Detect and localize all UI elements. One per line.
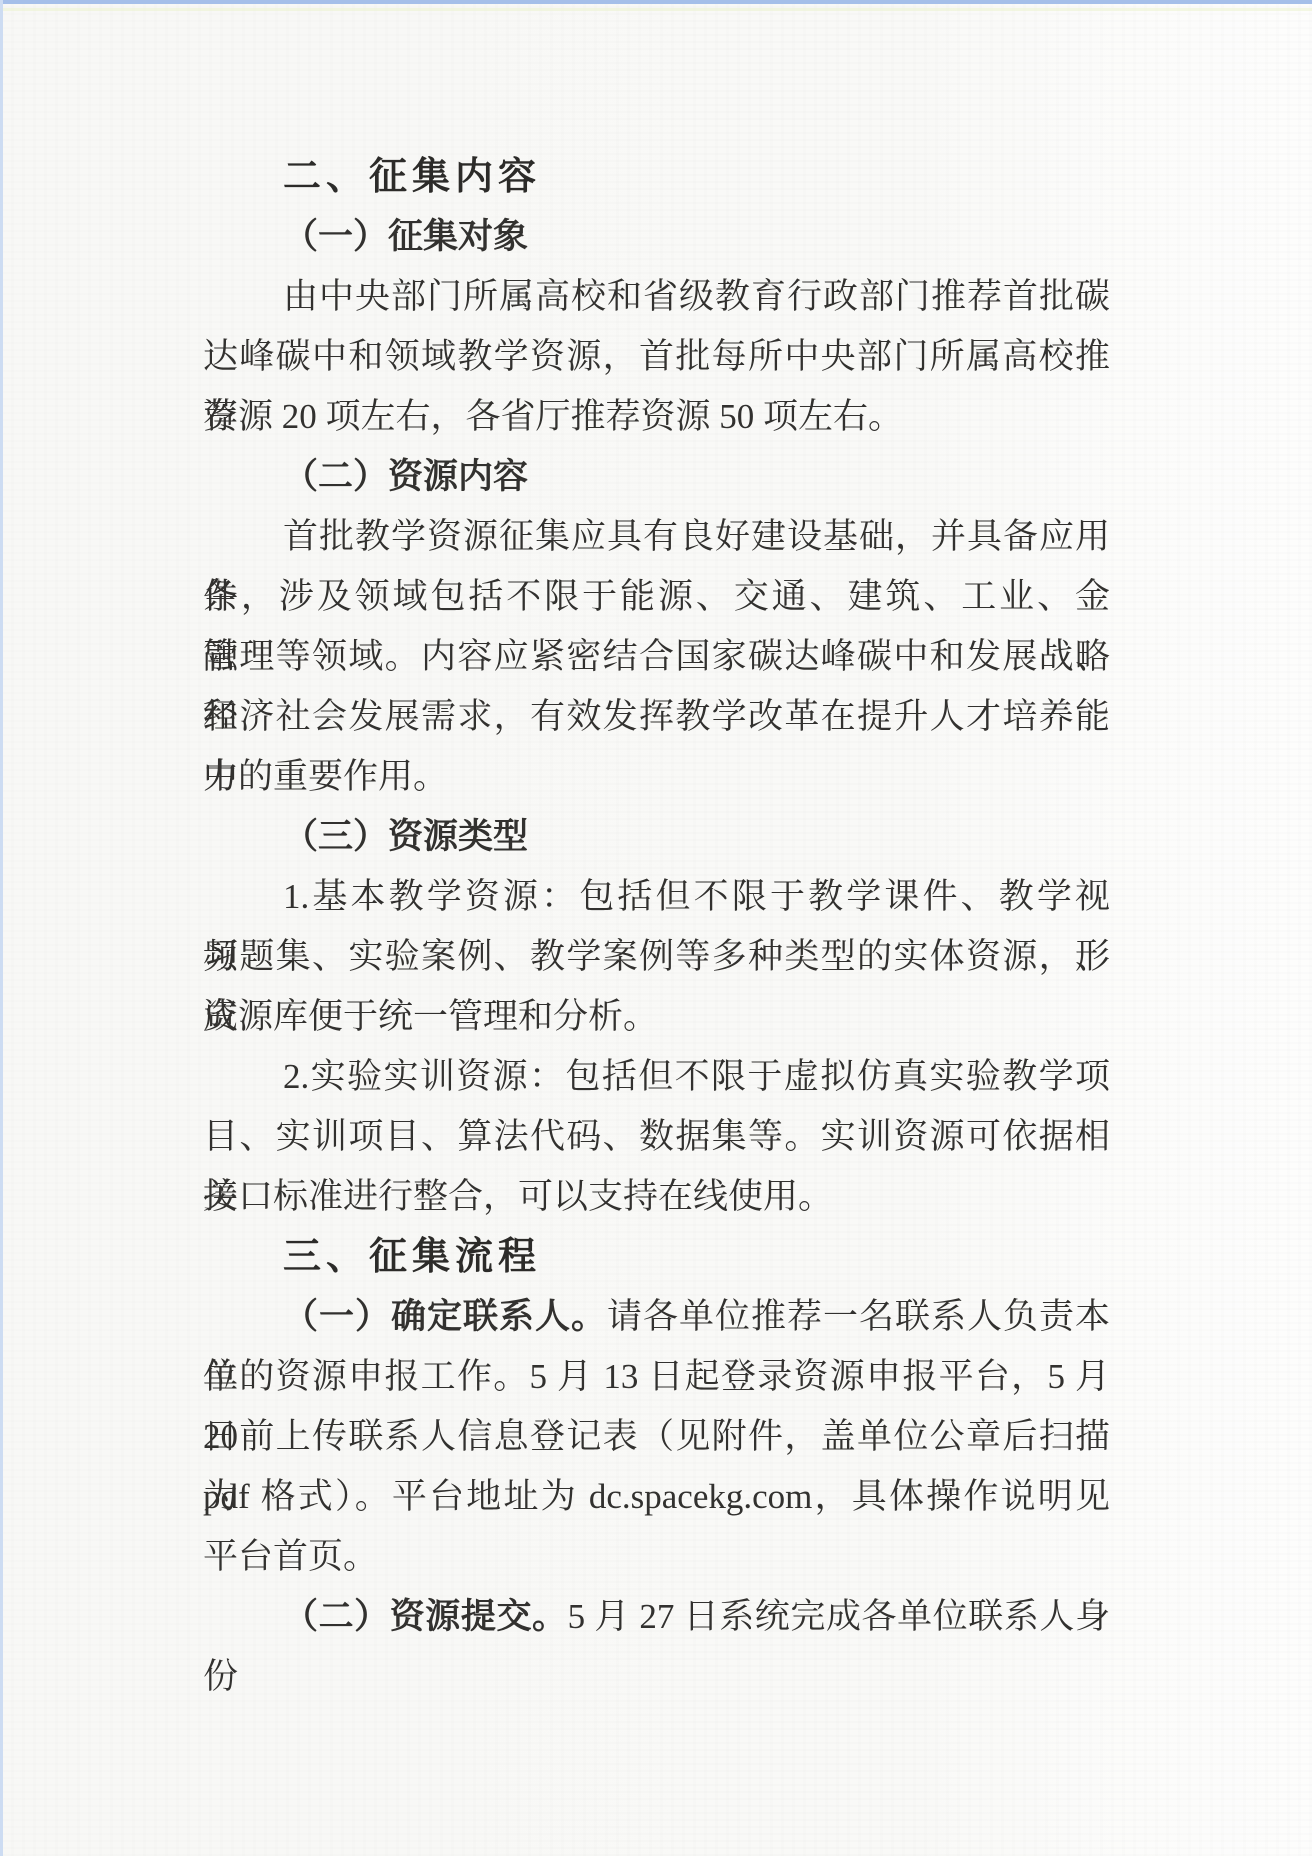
paragraph-line: 达峰碳中和领域教学资源，首批每所中央部门所属高校推荐 xyxy=(203,327,1110,387)
text-segment-regular: 中的重要作用。 xyxy=(203,757,448,796)
scan-edge-top xyxy=(0,0,1312,4)
text-segment-regular: 2.实验实训资源：包括但不限于虚拟仿真实验教学项 xyxy=(283,1057,1110,1096)
paragraph-line: 中的重要作用。 xyxy=(203,747,1110,807)
text-segment-regular: pdf 格式）。平台地址为 dc.spacekg.com，具体操作说明见 xyxy=(203,1477,1110,1516)
paragraph-line: 管理等领域。内容应紧密结合国家碳达峰碳中和发展战略和 xyxy=(203,627,1110,687)
paragraph-line: （二）资源提交。5 月 27 日系统完成各单位联系人身份 xyxy=(203,1587,1110,1647)
sub-heading: （二）资源内容 xyxy=(203,447,1110,507)
paragraph-line: 位的资源申报工作。5 月 13 日起登录资源申报平台，5 月 20 xyxy=(203,1347,1110,1407)
paragraph-line: （一）确定联系人。请各单位推荐一名联系人负责本单 xyxy=(203,1287,1110,1347)
text-segment-regular: 资源 20 项左右，各省厅推荐资源 50 项左右。 xyxy=(203,397,903,436)
paragraph-line: 接口标准进行整合，可以支持在线使用。 xyxy=(203,1167,1110,1227)
scan-edge-left xyxy=(0,0,3,1856)
text-segment-regular: 资源库便于统一管理和分析。 xyxy=(203,997,658,1036)
paragraph-line: 由中央部门所属高校和省级教育行政部门推荐首批碳 xyxy=(203,267,1110,327)
text-segment-bold: （二）资源内容 xyxy=(283,457,528,496)
paragraph-line: 件，涉及领域包括不限于能源、交通、建筑、工业、金融、 xyxy=(203,567,1110,627)
section-heading: 二、征集内容 xyxy=(203,147,1110,207)
paragraph-line: 平台首页。 xyxy=(203,1527,1110,1587)
scan-edge-top-tint xyxy=(0,8,1312,11)
paragraph-line: 资源库便于统一管理和分析。 xyxy=(203,987,1110,1047)
sub-heading: （三）资源类型 xyxy=(203,807,1110,867)
text-segment-bold: （一）确定联系人。 xyxy=(283,1297,607,1336)
paragraph-line: 经济社会发展需求，有效发挥教学改革在提升人才培养能力 xyxy=(203,687,1110,747)
paragraph-line: 1.基本教学资源：包括但不限于教学课件、教学视频、 xyxy=(203,867,1110,927)
text-segment-heading: 二、征集内容 xyxy=(283,156,541,198)
paragraph-line: 习题集、实验案例、教学案例等多种类型的实体资源，形成 xyxy=(203,927,1110,987)
paragraph-line: pdf 格式）。平台地址为 dc.spacekg.com，具体操作说明见 xyxy=(203,1467,1110,1527)
document-text-block: 二、征集内容（一）征集对象由中央部门所属高校和省级教育行政部门推荐首批碳达峰碳中… xyxy=(203,147,1110,1647)
document-page: 二、征集内容（一）征集对象由中央部门所属高校和省级教育行政部门推荐首批碳达峰碳中… xyxy=(0,0,1312,1856)
text-segment-regular: 平台首页。 xyxy=(203,1537,378,1576)
sub-heading: （一）征集对象 xyxy=(203,207,1110,267)
text-segment-regular: 接口标准进行整合，可以支持在线使用。 xyxy=(203,1177,833,1216)
paragraph-line: 首批教学资源征集应具有良好建设基础，并具备应用条 xyxy=(203,507,1110,567)
text-segment-regular: 由中央部门所属高校和省级教育行政部门推荐首批碳 xyxy=(283,277,1110,316)
paragraph-line: 2.实验实训资源：包括但不限于虚拟仿真实验教学项 xyxy=(203,1047,1110,1107)
text-segment-bold: （一）征集对象 xyxy=(283,217,528,256)
paragraph-line: 日前上传联系人信息登记表（见附件，盖单位公章后扫描为 xyxy=(203,1407,1110,1467)
text-segment-bold: （二）资源提交。 xyxy=(283,1597,568,1636)
section-heading: 三、征集流程 xyxy=(203,1227,1110,1287)
paragraph-line: 资源 20 项左右，各省厅推荐资源 50 项左右。 xyxy=(203,387,1110,447)
text-segment-heading: 三、征集流程 xyxy=(283,1236,541,1278)
paragraph-line: 目、实训项目、算法代码、数据集等。实训资源可依据相关 xyxy=(203,1107,1110,1167)
text-segment-bold: （三）资源类型 xyxy=(283,817,528,856)
